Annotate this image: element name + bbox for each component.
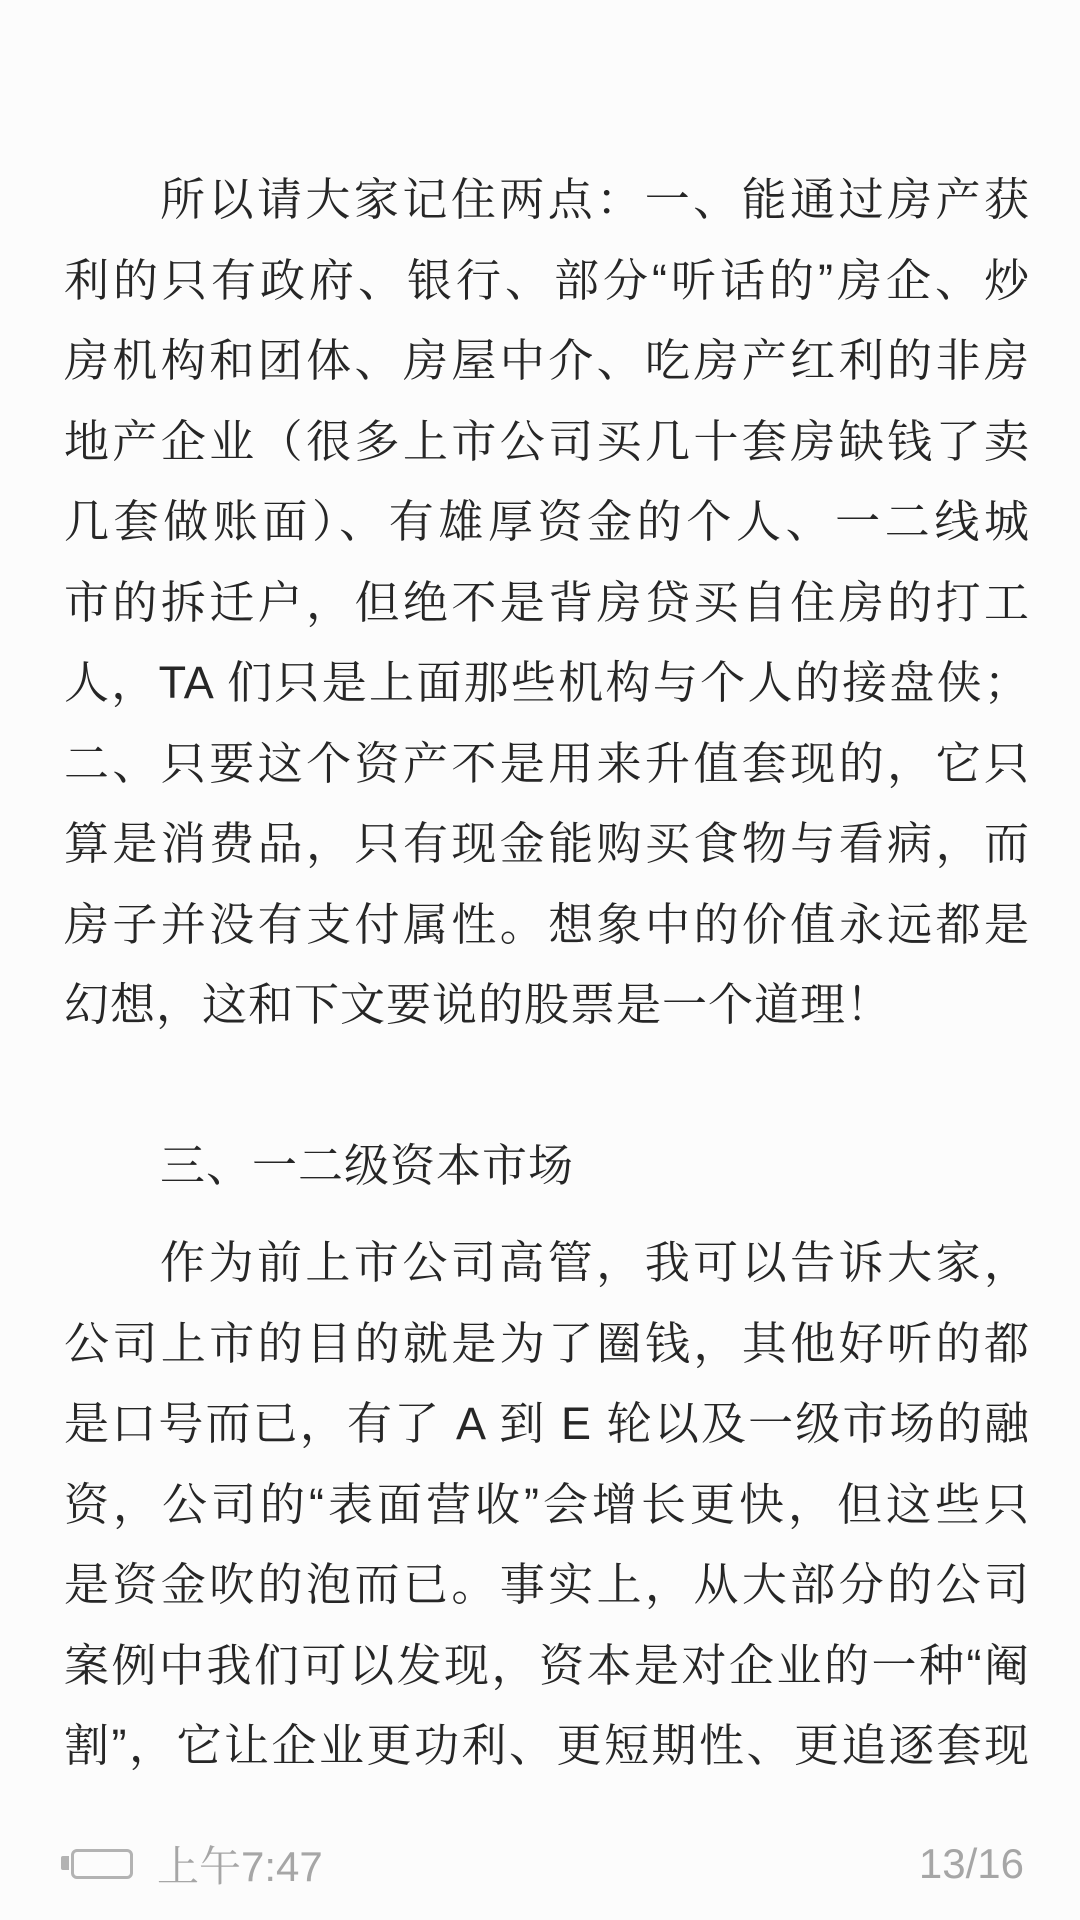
text-line: 地产企业（很多上市公司买几十套房缺钱了卖	[64, 402, 1030, 483]
text-line: 是口号而已，有了 A 到 E 轮以及一级市场的融	[64, 1384, 1030, 1465]
text-line: 房机构和团体、房屋中介、吃房产红利的非房	[64, 321, 1030, 402]
text-line: 所以请大家记住两点：一、能通过房产获	[64, 160, 1030, 241]
text-line: 房子并没有支付属性。想象中的价值永远都是	[64, 885, 1030, 966]
text-line: 几套做账面）、有雄厚资金的个人、一二线城	[64, 482, 1030, 563]
section-heading: 三、一二级资本市场	[64, 1126, 1030, 1207]
battery-empty-icon	[71, 1849, 133, 1879]
text-line: 案例中我们可以发现，资本是对企业的一种“阉	[64, 1626, 1030, 1707]
reading-text: 所以请大家记住两点：一、能通过房产获 利的只有政府、银行、部分“听话的”房企、炒…	[64, 160, 1030, 1787]
text-line: 是资金吹的泡而已。事实上，从大部分的公司	[64, 1545, 1030, 1626]
text-line: 二、只要这个资产不是用来升值套现的，它只	[64, 724, 1030, 805]
text-line: 利的只有政府、银行、部分“听话的”房企、炒	[64, 241, 1030, 322]
text-line: 公司上市的目的就是为了圈钱，其他好听的都	[64, 1304, 1030, 1385]
paragraph-2: 作为前上市公司高管，我可以告诉大家， 公司上市的目的就是为了圈钱，其他好听的都 …	[64, 1223, 1030, 1787]
text-line: 资，公司的“表面营收”会增长更快，但这些只	[64, 1465, 1030, 1546]
text-line: 算是消费品，只有现金能购买食物与看病，而	[64, 804, 1030, 885]
clock-time: 上午7:47	[157, 1834, 323, 1894]
reader-page[interactable]: 所以请大家记住两点：一、能通过房产获 利的只有政府、银行、部分“听话的”房企、炒…	[0, 0, 1080, 1920]
section-heading-block: 三、一二级资本市场	[64, 1126, 1030, 1207]
text-line: 人，TA 们只是上面那些机构与个人的接盘侠；	[64, 643, 1030, 724]
paragraph-1: 所以请大家记住两点：一、能通过房产获 利的只有政府、银行、部分“听话的”房企、炒…	[64, 160, 1030, 1046]
status-bar: 上午7:47 13/16	[58, 1838, 1024, 1890]
text-line: 割”，它让企业更功利、更短期性、更追逐套现	[64, 1706, 1030, 1787]
page-indicator: 13/16	[919, 1840, 1024, 1888]
text-line: 作为前上市公司高管，我可以告诉大家，	[64, 1223, 1030, 1304]
text-line: 市的拆迁户，但绝不是背房贷买自住房的打工	[64, 563, 1030, 644]
status-bar-left: 上午7:47	[58, 1834, 323, 1894]
text-line: 幻想，这和下文要说的股票是一个道理！	[64, 965, 1030, 1046]
